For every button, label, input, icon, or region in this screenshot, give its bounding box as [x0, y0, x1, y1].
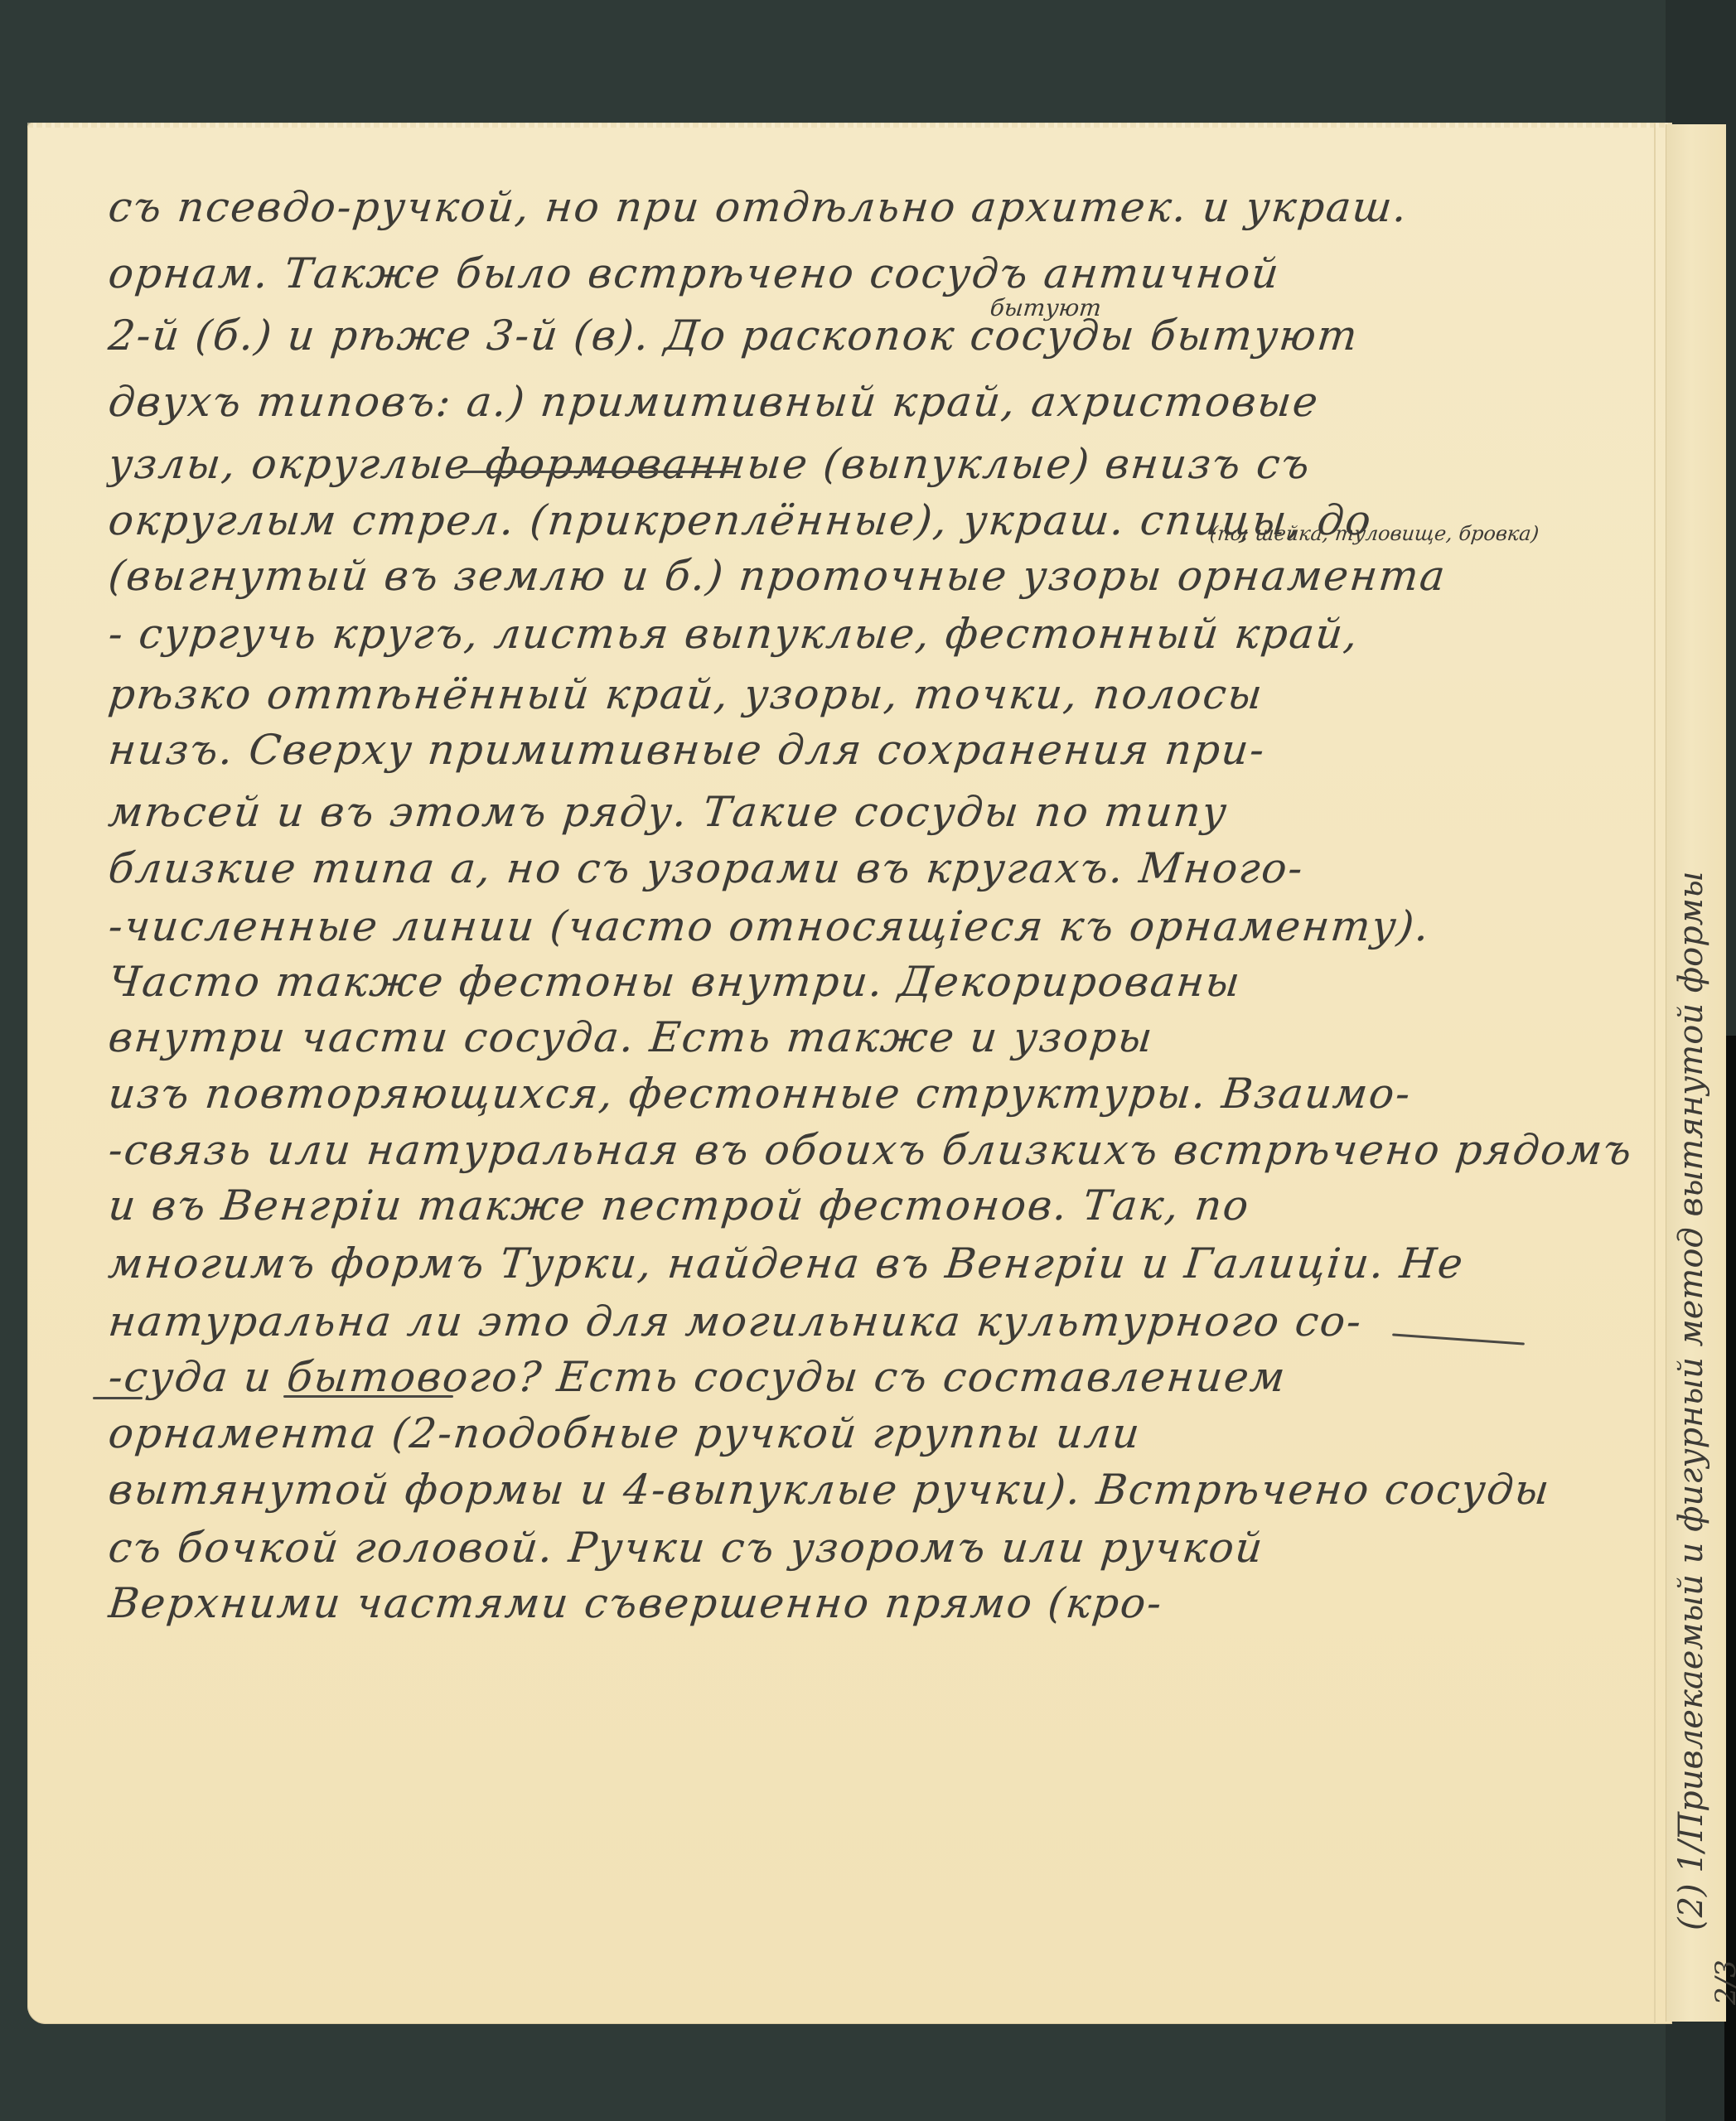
manuscript-line: Часто также фестоны внутри. Декорированы [106, 957, 1669, 1007]
underline-mark [283, 1395, 453, 1398]
manuscript-line: и въ Венгріи также пестрой фестонов. Так… [106, 1181, 1669, 1230]
manuscript-line: -суда и бытового? Есть сосуды съ составл… [106, 1352, 1669, 1402]
manuscript-line: низъ. Сверху примитивные для сохранения … [106, 725, 1669, 775]
manuscript-line: - сургучь кругъ, листья выпуклые, фестон… [106, 609, 1669, 659]
manuscript-line: рѣзко оттѣнённый край, узоры, точки, пол… [106, 669, 1669, 719]
manuscript-line: 2-й (б.) и рѣже 3-й (в). До раскопок сос… [106, 311, 1669, 360]
manuscript-line: -связь или натуральная въ обоихъ близких… [106, 1125, 1669, 1175]
manuscript-line: (выгнутый въ землю и б.) проточные узоры… [106, 551, 1669, 601]
manuscript-line: орнамента (2-подобные ручкой группы или [106, 1408, 1669, 1458]
underline-mark [93, 1397, 143, 1399]
interlinear-insertion: (по: шейка, туловище, бровка) [1209, 522, 1540, 545]
manuscript-line: съ бочкой головой. Ручки съ узоромъ или … [106, 1523, 1669, 1573]
manuscript-line: внутри части сосуда. Есть также и узоры [106, 1012, 1669, 1062]
manuscript-line: съ псевдо-ручкой, но при отдѣльно архите… [106, 182, 1669, 232]
scan-border-black [1724, 1036, 1736, 2121]
vertical-margin-note: (2) 1/Привлекаемый и фигурный метод вытя… [1672, 191, 1710, 1930]
manuscript-line: близкие типа а, но съ узорами въ кругахъ… [106, 843, 1669, 893]
manuscript-line: многимъ формъ Турки, найдена въ Венгріи … [106, 1239, 1669, 1288]
manuscript-line: узлы, округлые формованные (выпуклые) вн… [106, 439, 1669, 489]
manuscript-line: изъ повторяющихся, фестонные структуры. … [106, 1069, 1669, 1118]
page-number: 2/3 [1709, 1959, 1736, 2005]
underline-mark [460, 471, 733, 473]
manuscript-line: двухъ типовъ: а.) примитивный край, ахри… [106, 377, 1669, 427]
manuscript-line: мѣсей и въ этомъ ряду. Такие сосуды по т… [106, 787, 1669, 837]
manuscript-line: Верхними частями съвершенно прямо (кро- [106, 1578, 1669, 1628]
interlinear-insertion: бытуют [989, 294, 1102, 321]
manuscript-line: орнам. Также было встрѣчено сосудъ антич… [106, 249, 1669, 298]
manuscript-line: -численные линии (часто относящіеся къ о… [106, 901, 1669, 951]
manuscript-line: вытянутой формы и 4-выпуклые ручки). Вст… [106, 1465, 1669, 1515]
